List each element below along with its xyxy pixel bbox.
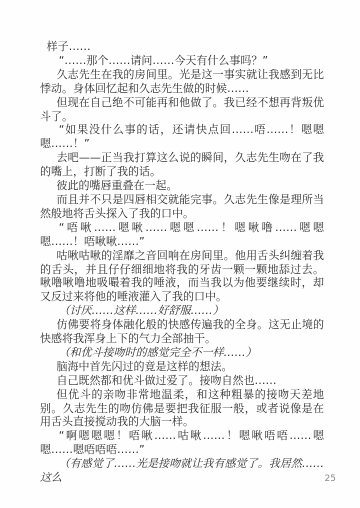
paragraph-narration: 仿佛要将身体融化般的快感传遍我的全身。这无止境的快感将我浑身上下的气力全部抽干。 [40, 318, 324, 346]
paragraph-thought: （有感觉了……光是接吻就让我有感觉了。我居然……这么 [40, 457, 324, 485]
book-page: 样子……“……那个……请问……今天有什么事吗？”久志先生在我的房间里。光是这一事… [0, 0, 360, 508]
paragraph-dialogue: “唔啾……嗯啾……嗯嗯……！嗯啾噜……嗯嗯嗯……！唔啾啾……” [40, 221, 324, 249]
paragraph-thought: （和优斗接吻时的感觉完全不一样……） [40, 346, 324, 360]
paragraph-narration: 而且并不只是四唇相交就能完事。久志先生像是理所当然般地将舌头探入了我的口中。 [40, 193, 324, 221]
page-text: 样子……“……那个……请问……今天有什么事吗？”久志先生在我的房间里。光是这一事… [40, 40, 324, 485]
paragraph-narration: 久志先生在我的房间里。光是这一事实就让我感到无比悸动。身体回忆起和久志先生做的时… [40, 68, 324, 96]
paragraph-narration: 彼此的嘴唇重叠在一起。 [40, 179, 324, 193]
paragraph-narration: 自己既然都和优斗做过爱了。接吻自然也…… [40, 374, 324, 388]
paragraph-thought: （讨厌……这样……好舒服……） [40, 304, 324, 318]
paragraph-narration: 去吧——正当我打算这么说的瞬间，久志先生吻在了我的嘴上，打断了我的话。 [40, 151, 324, 179]
page-number: 25 [325, 474, 336, 484]
paragraph-dialogue: “如果没什么事的话，还请快点回……唔……！嗯嗯嗯……！” [40, 123, 324, 151]
paragraph-narration: 咕啾咕啾的淫靡之音回响在房间里。他用舌头纠缠着我的舌头，并且仔仔细细地将我的牙齿… [40, 249, 324, 305]
paragraph-narration: 但优斗的亲吻非常地温柔，和这种粗暴的接吻天差地别。久志先生的吻仿佛是要把我征服一… [40, 388, 324, 430]
paragraph-dialogue: “……那个……请问……今天有什么事吗？” [40, 54, 324, 68]
paragraph-narration: 但现在自己绝不可能再和他做了。我已经不想再背叛优斗了。 [40, 96, 324, 124]
paragraph-continuation: 样子…… [40, 40, 324, 54]
paragraph-narration: 脑海中首先闪过的竟是这样的想法。 [40, 360, 324, 374]
paragraph-dialogue: “啊嗯嗯嗯！唔啾……咕啾……！嗯啾唔唔……嗯嗯……嗯唔唔唔……” [40, 429, 324, 457]
